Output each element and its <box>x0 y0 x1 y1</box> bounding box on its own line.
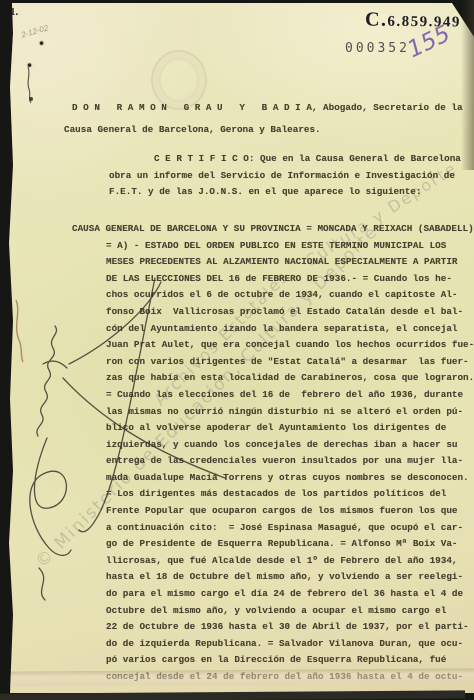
typed-line: C E R T I F I C O: Que en la Causa Gener… <box>9 151 474 168</box>
typed-line: D O N R A M O N G R A U Y B A D I A, Abo… <box>9 100 474 117</box>
typed-line: Causa General de Barcelona, Gerona y Bal… <box>9 122 474 139</box>
typed-line: pó varios cargos en la Dirección de Esqu… <box>9 652 474 669</box>
typed-line: = A) - ESTADO DEL ORDEN PUBLICO EN ESTE … <box>9 238 474 255</box>
folio-number-stamp: 000352 <box>345 41 410 56</box>
typed-line: 22 de Octubre de 1936 hasta el 30 de Abr… <box>9 619 474 636</box>
typed-line: F.E.T. y de las J.O.N.S. en el que apare… <box>9 184 474 201</box>
typed-line: obra un informe del Servicio de Informac… <box>9 168 474 185</box>
scanned-document-page: © Ministerio de Educación, Cultura y Dep… <box>0 0 474 700</box>
page-corner-number: 1. <box>10 6 18 18</box>
typed-line: CAUSA GENERAL DE BARCELONA Y SU PROVINCI… <box>9 221 474 238</box>
red-edge-mark <box>16 300 23 362</box>
paper-sheet: © Ministerio de Educación, Cultura y Dep… <box>9 3 474 693</box>
margin-ink-squiggle <box>19 33 59 103</box>
right-edge-shadow <box>461 0 474 170</box>
typed-line: do de izquierda Republicana. = Salvador … <box>9 636 474 653</box>
handwritten-signature <box>9 268 239 613</box>
